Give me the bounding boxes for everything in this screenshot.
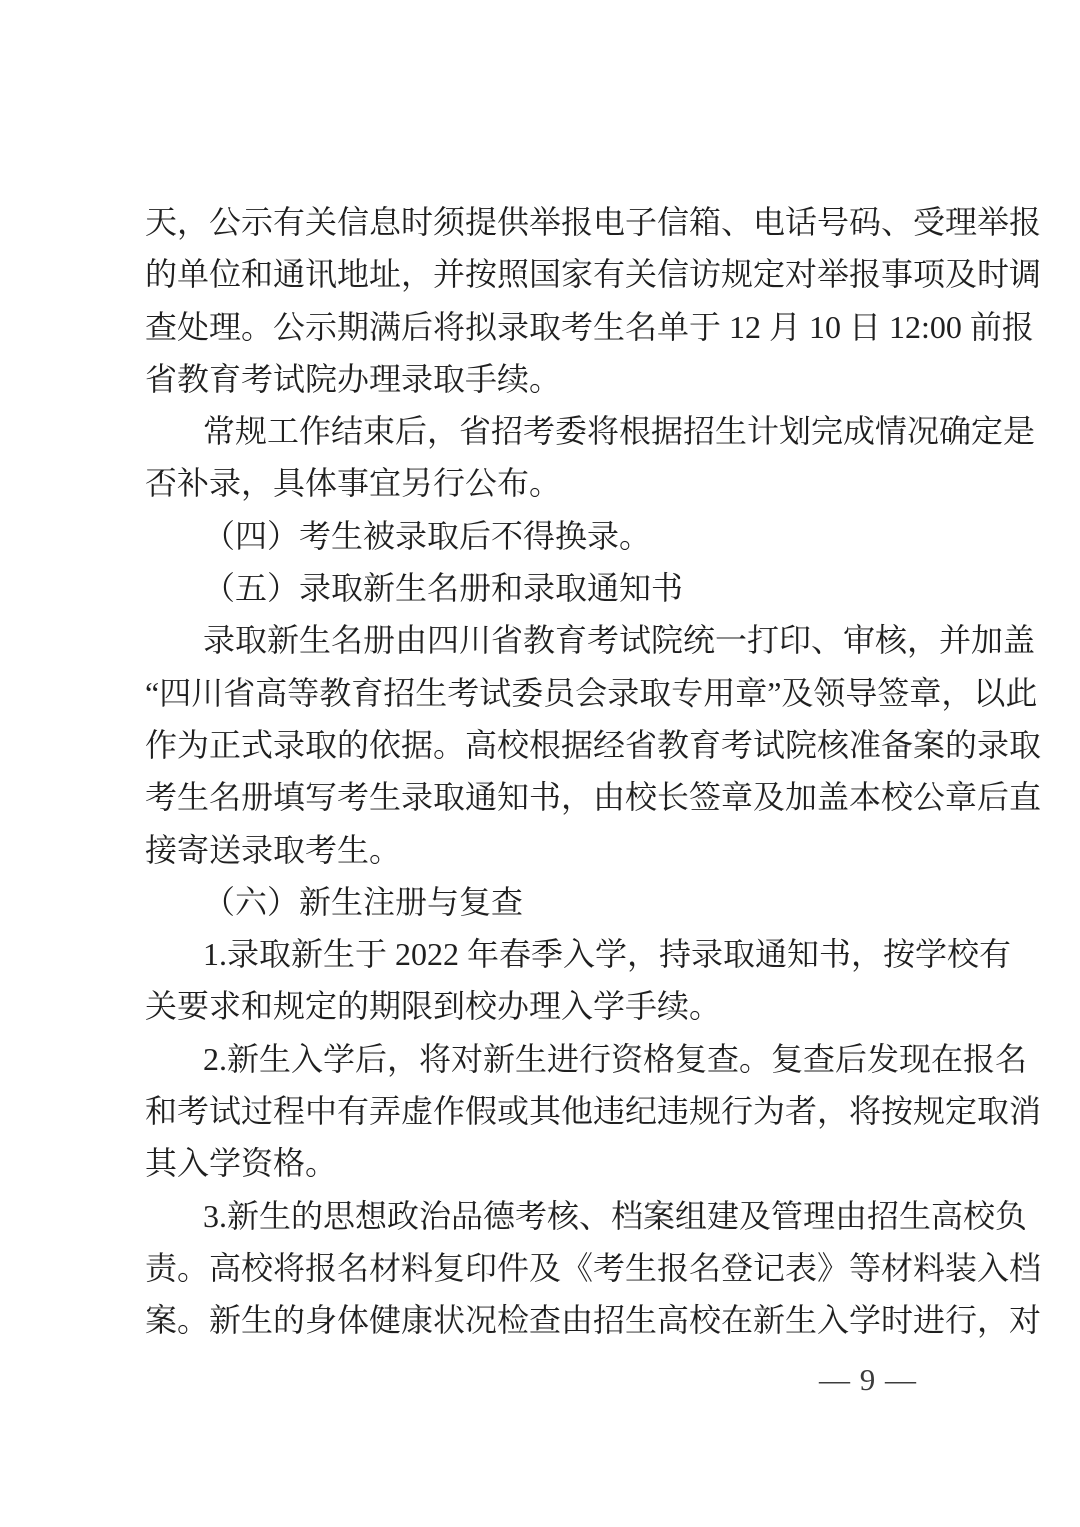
page-footer: — 9 — — [0, 1362, 917, 1398]
text-line: （五）录取新生名册和录取通知书 — [145, 562, 942, 614]
text-line: “四川省高等教育招生考试委员会录取专用章”及领导签章，以此 — [145, 667, 942, 719]
text-line: 省教育考试院办理录取手续。 — [145, 353, 942, 405]
text-line: 1.录取新生于 2022 年春季入学，持录取通知书，按学校有 — [145, 928, 942, 980]
text-line: 查处理。公示期满后将拟录取考生名单于 12 月 10 日 12:00 前报 — [145, 301, 942, 353]
text-line: 和考试过程中有弄虚作假或其他违纪违规行为者，将按规定取消 — [145, 1085, 942, 1137]
text-line: 天，公示有关信息时须提供举报电子信箱、电话号码、受理举报 — [145, 196, 942, 248]
text-line: （四）考生被录取后不得换录。 — [145, 510, 942, 562]
text-line: 否补录，具体事宜另行公布。 — [145, 457, 942, 509]
text-line: 考生名册填写考生录取通知书，由校长签章及加盖本校公章后直 — [145, 771, 942, 823]
text-line: 关要求和规定的期限到校办理入学手续。 — [145, 980, 942, 1032]
text-line: 案。新生的身体健康状况检查由招生高校在新生入学时进行，对 — [145, 1294, 942, 1346]
text-line: 3.新生的思想政治品德考核、档案组建及管理由招生高校负 — [145, 1190, 942, 1242]
text-line: 其入学资格。 — [145, 1137, 942, 1189]
text-line: （六）新生注册与复查 — [145, 876, 942, 928]
document-text-block: 天，公示有关信息时须提供举报电子信箱、电话号码、受理举报 的单位和通讯地址，并按… — [145, 196, 942, 1347]
text-line: 常规工作结束后，省招考委将根据招生计划完成情况确定是 — [145, 405, 942, 457]
document-page: 天，公示有关信息时须提供举报电子信箱、电话号码、受理举报 的单位和通讯地址，并按… — [0, 0, 1080, 1527]
text-line: 作为正式录取的依据。高校根据经省教育考试院核准备案的录取 — [145, 719, 942, 771]
text-line: 录取新生名册由四川省教育考试院统一打印、审核，并加盖 — [145, 614, 942, 666]
text-line: 2.新生入学后，将对新生进行资格复查。复查后发现在报名 — [145, 1033, 942, 1085]
text-line: 责。高校将报名材料复印件及《考生报名登记表》等材料装入档 — [145, 1242, 942, 1294]
page-number: — 9 — — [819, 1362, 917, 1397]
text-line: 的单位和通讯地址，并按照国家有关信访规定对举报事项及时调 — [145, 248, 942, 300]
text-line: 接寄送录取考生。 — [145, 824, 942, 876]
